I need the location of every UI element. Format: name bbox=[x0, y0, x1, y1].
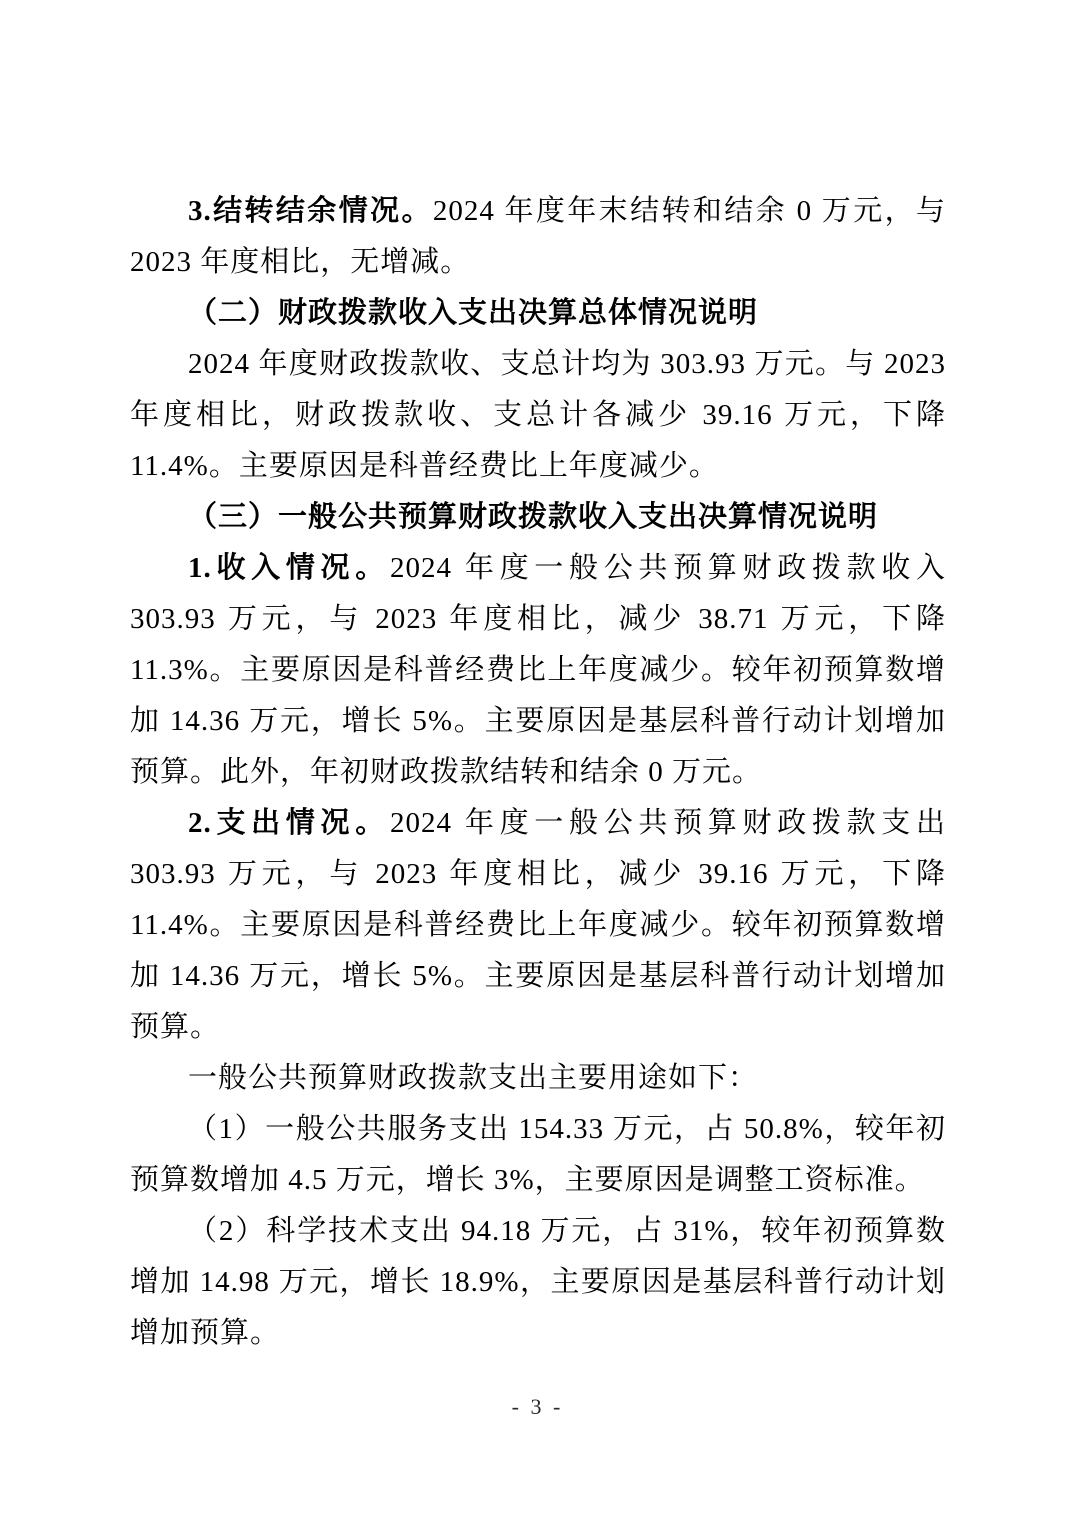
section-heading-3: （三）一般公共预算财政拨款收入支出决算情况说明 bbox=[130, 492, 946, 543]
paragraph-text: 一般公共预算财政拨款支出主要用途如下： bbox=[188, 1062, 758, 1094]
paragraph-text: （2）科学技术支出 94.18 万元，占 31%，较年初预算数增加 14.98 … bbox=[130, 1215, 946, 1349]
paragraph-expenditure: 2.支出情况。2024 年度一般公共预算财政拨款支出 303.93 万元，与 2… bbox=[130, 798, 946, 1053]
paragraph-fiscal-total: 2024 年度财政拨款收、支总计均为 303.93 万元。与 2023 年度相比… bbox=[130, 339, 946, 492]
paragraph-carryover-balance: 3.结转结余情况。2024 年度年末结转和结余 0 万元，与 2023 年度相比… bbox=[130, 186, 946, 288]
paragraph-lead-label: 2.支出情况。 bbox=[188, 807, 390, 839]
paragraph-text: 2024 年度财政拨款收、支总计均为 303.93 万元。与 2023 年度相比… bbox=[130, 348, 946, 482]
paragraph-text: 2024 年度一般公共预算财政拨款支出 303.93 万元，与 2023 年度相… bbox=[130, 807, 946, 1043]
paragraph-text: （1）一般公共服务支出 154.33 万元，占 50.8%，较年初预算数增加 4… bbox=[130, 1113, 946, 1196]
paragraph-lead-label: 1.收入情况。 bbox=[188, 552, 390, 584]
paragraph-income: 1.收入情况。2024 年度一般公共预算财政拨款收入 303.93 万元，与 2… bbox=[130, 543, 946, 798]
document-page: 3.结转结余情况。2024 年度年末结转和结余 0 万元，与 2023 年度相比… bbox=[0, 0, 1075, 1520]
section-heading-text: （三）一般公共预算财政拨款收入支出决算情况说明 bbox=[188, 501, 878, 533]
page-number: - 3 - bbox=[0, 1392, 1075, 1422]
paragraph-usage-item-1: （1）一般公共服务支出 154.33 万元，占 50.8%，较年初预算数增加 4… bbox=[130, 1104, 946, 1206]
document-body: 3.结转结余情况。2024 年度年末结转和结余 0 万元，与 2023 年度相比… bbox=[130, 186, 946, 1359]
section-heading-text: （二）财政拨款收入支出决算总体情况说明 bbox=[188, 297, 758, 329]
paragraph-text: 2024 年度一般公共预算财政拨款收入 303.93 万元，与 2023 年度相… bbox=[130, 552, 946, 788]
section-heading-2: （二）财政拨款收入支出决算总体情况说明 bbox=[130, 288, 946, 339]
paragraph-usage-item-2: （2）科学技术支出 94.18 万元，占 31%，较年初预算数增加 14.98 … bbox=[130, 1206, 946, 1359]
paragraph-lead-label: 3.结转结余情况。 bbox=[188, 195, 433, 227]
paragraph-usage-intro: 一般公共预算财政拨款支出主要用途如下： bbox=[130, 1053, 946, 1104]
